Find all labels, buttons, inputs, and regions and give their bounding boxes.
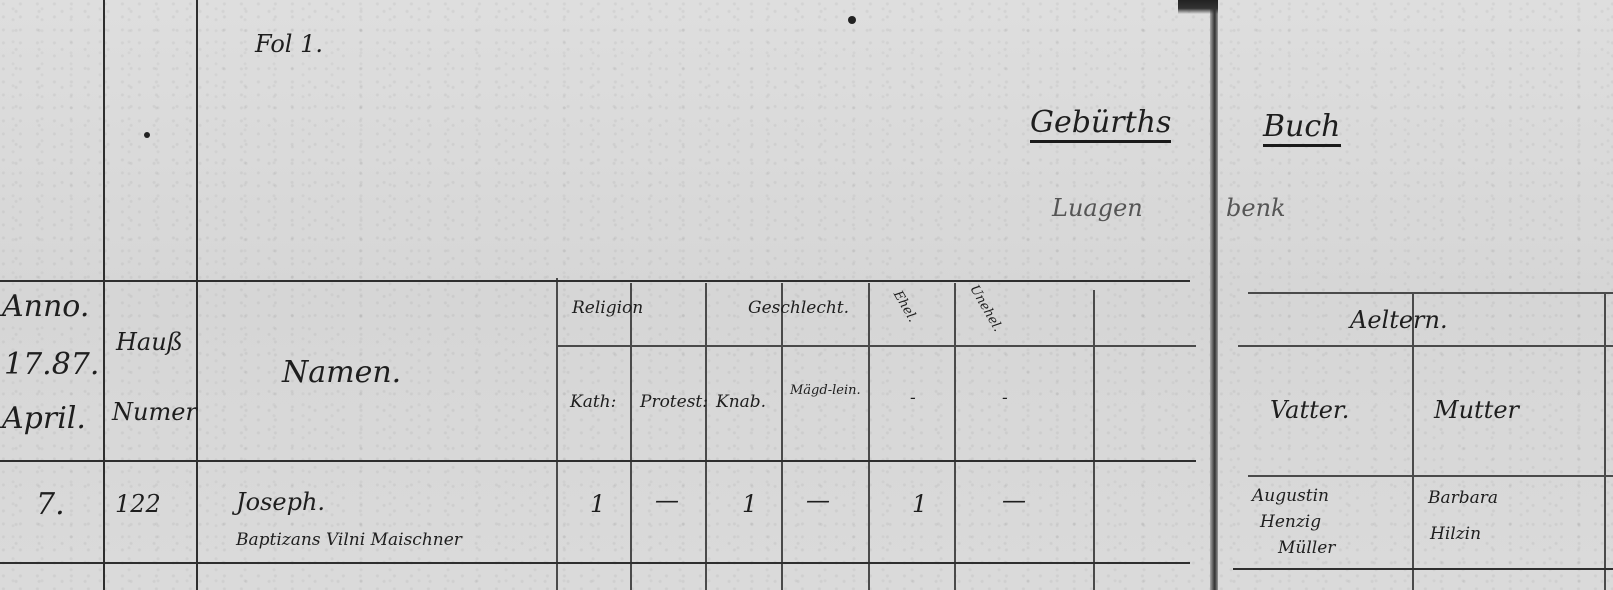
- rule-illegit-birth: [1093, 290, 1095, 590]
- rule-house-name: [196, 0, 198, 590]
- entry-protestant: —: [655, 488, 679, 512]
- ink-spot: [848, 16, 856, 24]
- book-gutter: [1210, 0, 1218, 590]
- entry-house-number: 122: [115, 492, 161, 516]
- folio-number: Fol 1.: [255, 32, 323, 56]
- header-religion: Religion: [572, 300, 643, 317]
- header-boy: Knab.: [716, 394, 766, 411]
- header-birth: Gebürths: [1030, 108, 1171, 143]
- header-sex: Geschlecht.: [748, 300, 849, 317]
- rule-father-mother: [1412, 292, 1414, 590]
- header-year: 17.87.: [4, 350, 99, 380]
- header-father: Vatter.: [1270, 398, 1349, 422]
- header-anno: Anno.: [2, 292, 89, 322]
- left-register-page: Fol 1. Anno. 17.87. April. Hauß Numer Na…: [0, 0, 1212, 590]
- rule-subheader: [556, 345, 1196, 347]
- rule-header-top: [1248, 292, 1613, 294]
- rule-kath-prot: [630, 283, 632, 590]
- right-register-page: Buch benk Aeltern. Vatter. Mutter August…: [1218, 0, 1613, 590]
- header-legitimate: Ehel.: [891, 289, 919, 325]
- entry-mother-given: Barbara: [1428, 490, 1498, 507]
- dash-legitimate: -: [910, 390, 916, 407]
- header-protestant: Protest:: [640, 394, 708, 411]
- dash-illegitimate: -: [1002, 390, 1008, 407]
- rule-header-top: [0, 280, 1190, 282]
- header-birth-sub: Luagen: [1052, 196, 1143, 220]
- header-number: Numer: [112, 400, 197, 424]
- entry-father-surname: Henzig: [1260, 514, 1321, 531]
- header-parents: Aeltern.: [1350, 308, 1448, 332]
- ink-spot: [144, 132, 150, 138]
- rule-girl-legit: [868, 283, 870, 590]
- entry-father-occupation: Müller: [1278, 540, 1335, 557]
- rule-row-bottom: [1233, 568, 1613, 570]
- rule-legit-illegit: [954, 283, 956, 590]
- entry-boy: 1: [742, 492, 757, 516]
- header-book: Buch: [1263, 112, 1341, 147]
- header-mother: Mutter: [1434, 398, 1519, 422]
- rule-parents-sub: [1238, 345, 1613, 347]
- rule-date-house: [103, 0, 105, 590]
- entry-day: 7.: [36, 490, 65, 520]
- rule-header-bottom: [0, 460, 1196, 462]
- header-girl: Mägd-lein.: [790, 384, 861, 397]
- entry-name-given: Joseph.: [236, 490, 325, 514]
- header-month: April.: [2, 404, 86, 434]
- header-illegitimate: Unehel.: [967, 283, 1004, 334]
- header-name: Namen.: [282, 358, 401, 388]
- rule-boy-girl: [781, 283, 783, 590]
- entry-illegitimate: —: [1002, 488, 1026, 512]
- rule-mother-right: [1604, 292, 1606, 590]
- rule-row-bottom: [0, 562, 1190, 564]
- rule-prot-boy: [705, 283, 707, 590]
- rule-name-religion: [556, 278, 558, 590]
- entry-girl: —: [806, 488, 830, 512]
- header-book-sub: benk: [1226, 196, 1286, 220]
- entry-catholic: 1: [590, 492, 605, 516]
- entry-name-baptizer: Baptizans Vilni Maischner: [236, 532, 462, 549]
- entry-father-given: Augustin: [1252, 488, 1329, 505]
- header-catholic: Kath:: [570, 394, 616, 411]
- header-house: Hauß: [116, 330, 183, 354]
- rule-header-bottom: [1248, 475, 1613, 477]
- entry-legitimate: 1: [912, 492, 927, 516]
- entry-mother-surname: Hilzin: [1430, 526, 1481, 543]
